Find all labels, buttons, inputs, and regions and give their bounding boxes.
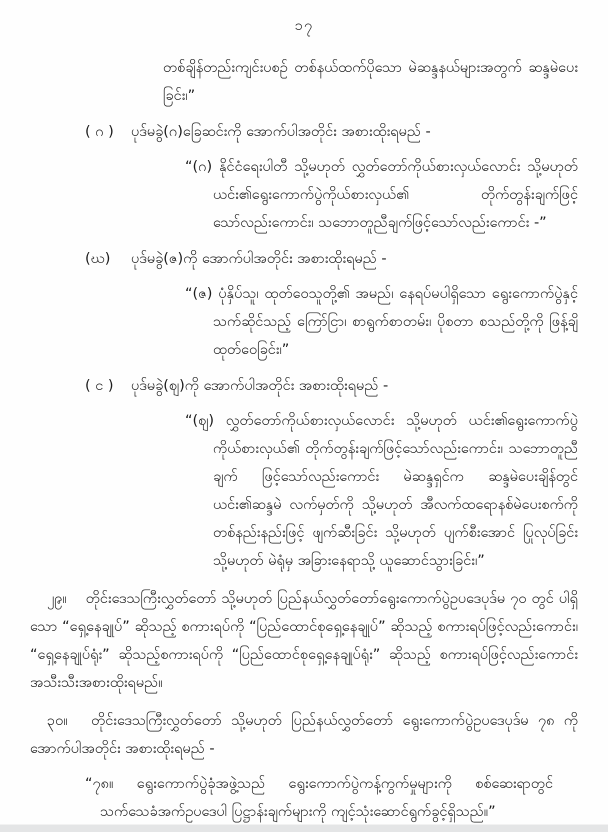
item-marker: ( င ): [85, 372, 131, 400]
paragraph-number: ၃၀။: [47, 713, 68, 729]
quoted-subsection: “(ဇ) ပုံနှိပ်သူ၊ ထုတ်ဝေသူတို့၏ အမည်၊ နေရ…: [185, 280, 578, 364]
paragraph-30: ၃၀။ တိုင်းဒေသကြီးလွှတ်တော် သို့မဟုတ် ပြည…: [30, 707, 578, 763]
quoted-section-marker: “၇၈။: [85, 776, 113, 792]
amendment-item-heading: ( ဂ ) ပုဒ်မခွဲ(ဂ)ခြေဆင်းကို အောက်ပါအတိုင…: [85, 118, 578, 146]
item-heading-text: ပုဒ်မခွဲ(ဂ)ခြေဆင်းကို အောက်ပါအတိုင်း အစာ…: [131, 118, 578, 146]
paragraph-text: တိုင်းဒေသကြီးလွှတ်တော် သို့မဟုတ် ပြည်နယ်…: [30, 591, 578, 691]
quoted-subsection: “(ဈ) လွှတ်တော်ကိုယ်စားလှယ်လောင်း သို့မဟု…: [185, 407, 578, 575]
amendment-item-ga: ( ဂ ) ပုဒ်မခွဲ(ဂ)ခြေဆင်းကို အောက်ပါအတိုင…: [0, 118, 608, 237]
document-page: ၁၇ တစ်ချိန်တည်းကျင်းပစဉ် တစ်နယ်ထက်ပိုသော…: [0, 0, 608, 832]
quoted-subsection: “(ဂ) နိုင်ငံရေးပါတီ သို့မဟုတ် လွှတ်တော်က…: [185, 153, 578, 237]
quoted-subsection-text: ပုံနှိပ်သူ၊ ထုတ်ဝေသူတို့၏ အမည်၊ နေရပ်မပါ…: [213, 286, 578, 358]
amendment-item-heading: (ဃ) ပုဒ်မခွဲ(ဇ)ကို အောက်ပါအတိုင်း အစားထိ…: [85, 245, 578, 273]
quoted-subsection-marker: “(ဂ): [185, 159, 212, 175]
quoted-subsection-marker: “(ဇ): [185, 286, 212, 302]
scan-edge-strip: [0, 824, 608, 832]
quoted-subsection-text: လွှတ်တော်ကိုယ်စားလှယ်လောင်း သို့မဟုတ် ယင…: [213, 413, 578, 569]
paragraph-29: ၂၉။ တိုင်းဒေသကြီးလွှတ်တော် သို့မဟုတ် ပြည…: [30, 585, 578, 697]
quoted-section-text: ရွေးကောက်ပွဲခုံအဖွဲ့သည် ရွေးကောက်ပွဲကန့်…: [100, 776, 553, 820]
amendment-item-gha: (ဃ) ပုဒ်မခွဲ(ဇ)ကို အောက်ပါအတိုင်း အစားထိ…: [0, 245, 608, 364]
carryover-quoted-clause: တစ်ချိန်တည်းကျင်းပစဉ် တစ်နယ်ထက်ပိုသော မဲ…: [163, 54, 578, 110]
item-marker: ( ဂ ): [85, 118, 131, 146]
page-number: ၁၇: [0, 12, 608, 40]
item-marker: (ဃ): [85, 245, 131, 273]
paragraph-number: ၂၉။: [47, 591, 67, 607]
amendment-item-heading: ( င ) ပုဒ်မခွဲ(ဈ)ကို အောက်ပါအတိုင်း အစား…: [85, 372, 578, 400]
amendment-item-nga: ( င ) ပုဒ်မခွဲ(ဈ)ကို အောက်ပါအတိုင်း အစား…: [0, 372, 608, 575]
item-heading-text: ပုဒ်မခွဲ(ဇ)ကို အောက်ပါအတိုင်း အစားထိုးရမ…: [131, 245, 578, 273]
item-heading-text: ပုဒ်မခွဲ(ဈ)ကို အောက်ပါအတိုင်း အစားထိုးရမ…: [131, 372, 578, 400]
quoted-subsection-text: နိုင်ငံရေးပါတီ သို့မဟုတ် လွှတ်တော်ကိုယ်စ…: [213, 159, 578, 231]
paragraph-text: တိုင်းဒေသကြီးလွှတ်တော် သို့မဟုတ် ပြည်နယ်…: [30, 713, 578, 757]
quoted-section-78: “၇၈။ ရွေးကောက်ပွဲခုံအဖွဲ့သည် ရွေးကောက်ပွ…: [85, 770, 553, 826]
quoted-subsection-marker: “(ဈ): [185, 413, 214, 429]
